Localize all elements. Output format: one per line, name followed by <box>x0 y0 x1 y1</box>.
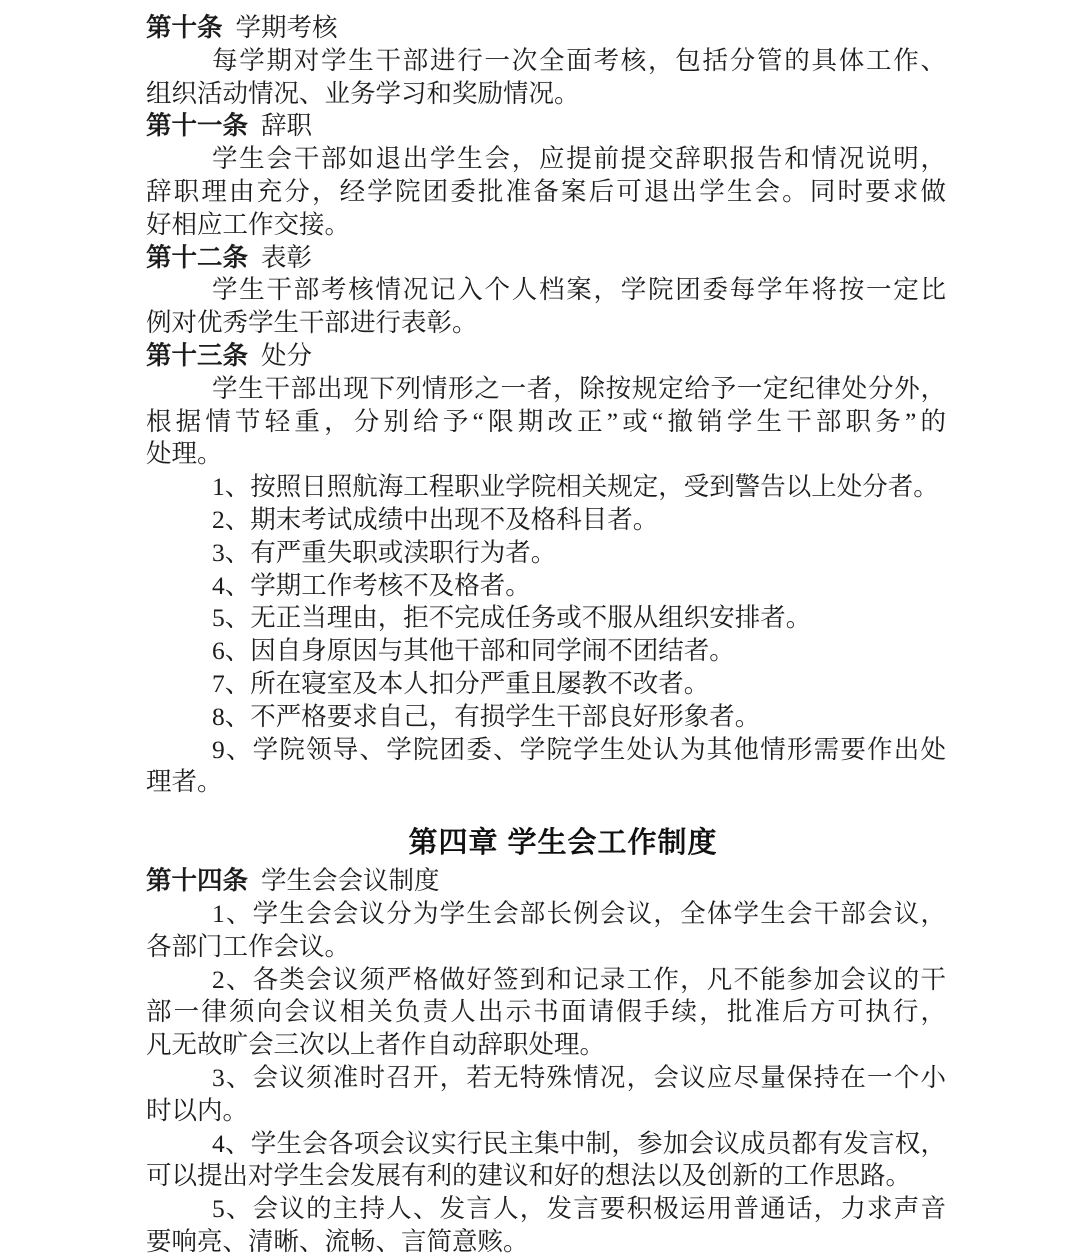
article-number: 第十三条 <box>146 341 248 370</box>
document-line: 2、各类会议须严格做好签到和记录工作，凡不能参加会议的干 <box>146 964 946 997</box>
document-line: 6、因自身原因与其他干部和同学闹不团结者。 <box>146 635 946 668</box>
document-content: 第十条学期考核每学期对学生干部进行一次全面考核，包括分管的具体工作、组织活动情况… <box>0 0 1080 1256</box>
article-title: 表彰 <box>261 243 312 272</box>
document-line: 学生干部出现下列情形之一者，除按规定给予一定纪律处分外， <box>146 373 946 406</box>
document-line: 例对优秀学生干部进行表彰。 <box>146 307 946 340</box>
document-line: 7、所在寝室及本人扣分严重且屡教不改者。 <box>146 668 946 701</box>
document-line: 可以提出对学生会发展有利的建议和好的想法以及创新的工作思路。 <box>146 1160 946 1193</box>
article-title: 处分 <box>261 341 312 370</box>
article-heading: 第十一条辞职 <box>146 110 946 143</box>
document-line: 5、无正当理由，拒不完成任务或不服从组织安排者。 <box>146 602 946 635</box>
section-assessment-discipline: 第十条学期考核每学期对学生干部进行一次全面考核，包括分管的具体工作、组织活动情况… <box>146 12 946 799</box>
article-number: 第十一条 <box>146 111 248 140</box>
section-meeting-rules: 第十四条学生会会议制度1、学生会会议分为学生会部长例会议，全体学生会干部会议，各… <box>146 865 946 1256</box>
document-line: 4、学生会各项会议实行民主集中制，参加会议成员都有发言权， <box>146 1128 946 1161</box>
document-line: 处理。 <box>146 438 946 471</box>
document-line: 要响亮、清晰、流畅、言简意赅。 <box>146 1226 946 1256</box>
document-line: 理者。 <box>146 766 946 799</box>
document-line: 学生干部考核情况记入个人档案，学院团委每学年将按一定比 <box>146 274 946 307</box>
document-line: 各部门工作会议。 <box>146 931 946 964</box>
article-number: 第十二条 <box>146 243 248 272</box>
document-line: 5、会议的主持人、发言人，发言要积极运用普通话，力求声音 <box>146 1193 946 1226</box>
document-line: 学生会干部如退出学生会，应提前提交辞职报告和情况说明， <box>146 143 946 176</box>
document-line: 好相应工作交接。 <box>146 209 946 242</box>
document-line: 9、学院领导、学院团委、学院学生处认为其他情形需要作出处 <box>146 734 946 767</box>
document-line: 部一律须向会议相关负责人出示书面请假手续，批准后方可执行， <box>146 996 946 1029</box>
article-heading: 第十四条学生会会议制度 <box>146 865 946 898</box>
document-line: 凡无故旷会三次以上者作自动辞职处理。 <box>146 1029 946 1062</box>
document-line: 辞职理由充分，经学院团委批准备案后可退出学生会。同时要求做 <box>146 176 946 209</box>
document-line: 时以内。 <box>146 1095 946 1128</box>
article-heading: 第十条学期考核 <box>146 12 946 45</box>
chapter-heading: 第四章 学生会工作制度 <box>146 821 946 865</box>
article-number: 第十条 <box>146 13 223 42</box>
document-line: 2、期末考试成绩中出现不及格科目者。 <box>146 504 946 537</box>
article-number: 第十四条 <box>146 866 248 895</box>
document-line: 3、有严重失职或渎职行为者。 <box>146 537 946 570</box>
document-line: 1、按照日照航海工程职业学院相关规定，受到警告以上处分者。 <box>146 471 946 504</box>
document-line: 根据情节轻重，分别给予“限期改正”或“撤销学生干部职务”的 <box>146 406 946 439</box>
document-line: 1、学生会会议分为学生会部长例会议，全体学生会干部会议， <box>146 898 946 931</box>
document-line: 3、会议须准时召开，若无特殊情况，会议应尽量保持在一个小 <box>146 1062 946 1095</box>
article-title: 辞职 <box>261 111 312 140</box>
document-page: 第十条学期考核每学期对学生干部进行一次全面考核，包括分管的具体工作、组织活动情况… <box>0 0 1080 1256</box>
article-title: 学期考核 <box>236 13 338 42</box>
document-line: 组织活动情况、业务学习和奖励情况。 <box>146 78 946 111</box>
article-heading: 第十二条表彰 <box>146 242 946 275</box>
article-heading: 第十三条处分 <box>146 340 946 373</box>
document-line: 每学期对学生干部进行一次全面考核，包括分管的具体工作、 <box>146 45 946 78</box>
article-title: 学生会会议制度 <box>261 866 440 895</box>
document-line: 4、学期工作考核不及格者。 <box>146 570 946 603</box>
document-line: 8、不严格要求自己，有损学生干部良好形象者。 <box>146 701 946 734</box>
